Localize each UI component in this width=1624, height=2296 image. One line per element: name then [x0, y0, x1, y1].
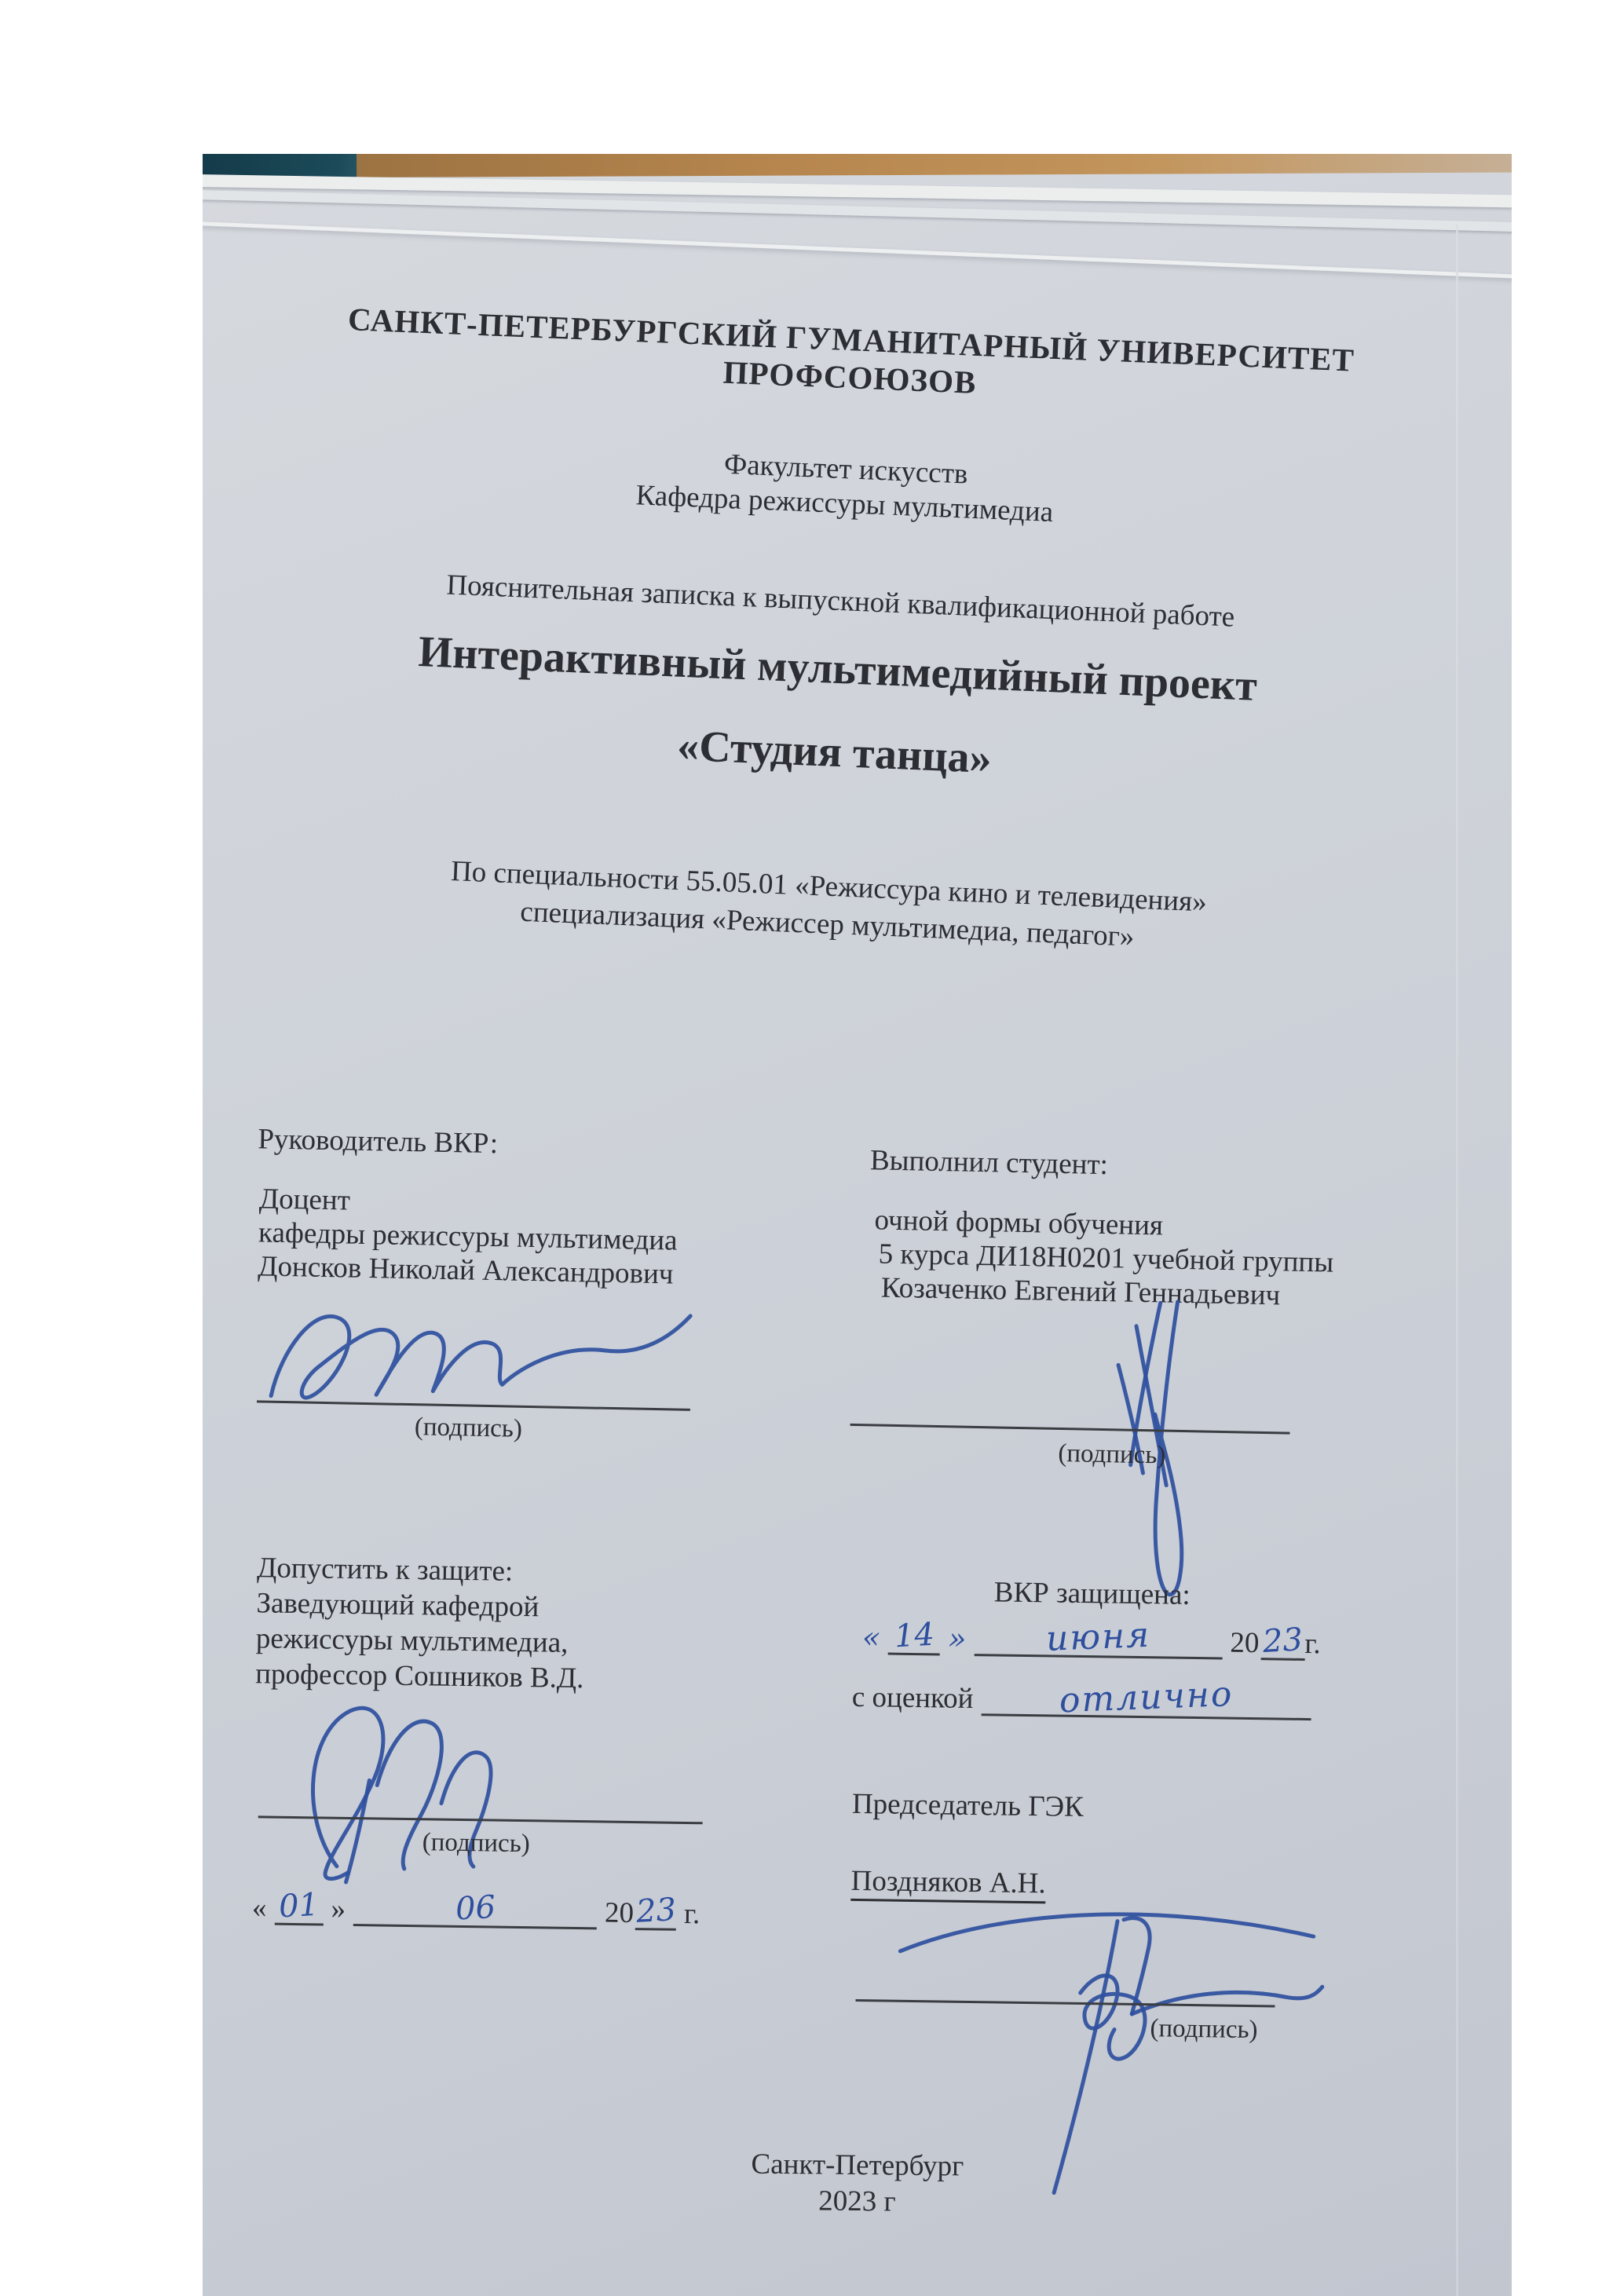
chairman-signature-caption: (подпись)	[1086, 2013, 1322, 2046]
admission-signature-caption: (подпись)	[335, 1827, 617, 1860]
defense-month-handwritten: июня	[1045, 1618, 1151, 1658]
screenshot-root: { "colors": { "background": "#ffffff", "…	[0, 0, 1624, 2296]
supervisor-position-line1: Доцент	[259, 1182, 351, 1217]
grade-label: с оценкой	[852, 1680, 974, 1716]
defense-year-suffix: г.	[1304, 1627, 1321, 1661]
thesis-title-page: САНКТ-ПЕТЕРБУРГСКИЙ ГУМАНИТАРНЫЙ УНИВЕРС…	[203, 154, 1512, 2296]
admission-year-handwritten: 23	[635, 1893, 676, 1929]
student-signature-line	[850, 1424, 1290, 1435]
admission-year-suffix: г.	[684, 1897, 700, 1931]
quote-open: «	[862, 1620, 881, 1654]
admission-line3: режиссуры мультимедиа,	[256, 1621, 569, 1660]
quote-close: »	[331, 1892, 346, 1926]
admission-line2: Заведующий кафедрой	[256, 1586, 539, 1624]
quote-open: «	[252, 1891, 267, 1925]
defense-year-prefix: 20	[1230, 1626, 1260, 1661]
defense-date-row: «14» июня 2023 г.	[862, 1616, 1321, 1661]
grade-value-handwritten: отлично	[1059, 1676, 1234, 1720]
defense-heading: ВКР защищена:	[856, 1574, 1328, 1614]
chairman-label: Председатель ГЭК	[852, 1787, 1084, 1824]
admission-month-handwritten: 06	[455, 1891, 496, 1926]
admission-date-row: «01» 06 2023 г.	[252, 1888, 700, 1931]
defense-day-handwritten: 14	[894, 1618, 935, 1654]
document-photo: САНКТ-ПЕТЕРБУРГСКИЙ ГУМАНИТАРНЫЙ УНИВЕРС…	[203, 154, 1512, 2296]
student-line1: очной формы обучения	[874, 1203, 1163, 1242]
admission-line1: Допустить к защите:	[257, 1551, 514, 1589]
supervisor-signature-caption: (подпись)	[327, 1411, 610, 1446]
defense-grade-row: с оценкой отлично	[852, 1676, 1311, 1720]
footer-section: Санкт-Петербург 2023 г	[203, 2141, 1512, 2249]
work-title-line2: «Студия танца»	[214, 702, 1455, 803]
approval-section: Допустить к защите: Заведующий кафедрой …	[203, 1550, 1512, 2196]
admission-year-prefix: 20	[605, 1896, 635, 1930]
quote-close: »	[948, 1621, 967, 1656]
student-heading: Выполнил студент:	[870, 1143, 1109, 1182]
admission-day-handwritten: 01	[278, 1888, 320, 1924]
university-title: САНКТ-ПЕТЕРБУРГСКИЙ ГУМАНИТАРНЫЙ УНИВЕРС…	[229, 295, 1472, 422]
student-signature-caption: (подпись)	[971, 1438, 1254, 1472]
header-section: САНКТ-ПЕТЕРБУРГСКИЙ ГУМАНИТАРНЫЙ УНИВЕРС…	[206, 295, 1472, 997]
defense-year-handwritten: 23	[1262, 1624, 1304, 1659]
supervisor-heading: Руководитель ВКР:	[258, 1122, 499, 1161]
supervisor-name: Донсков Николай Александрович	[258, 1249, 674, 1291]
